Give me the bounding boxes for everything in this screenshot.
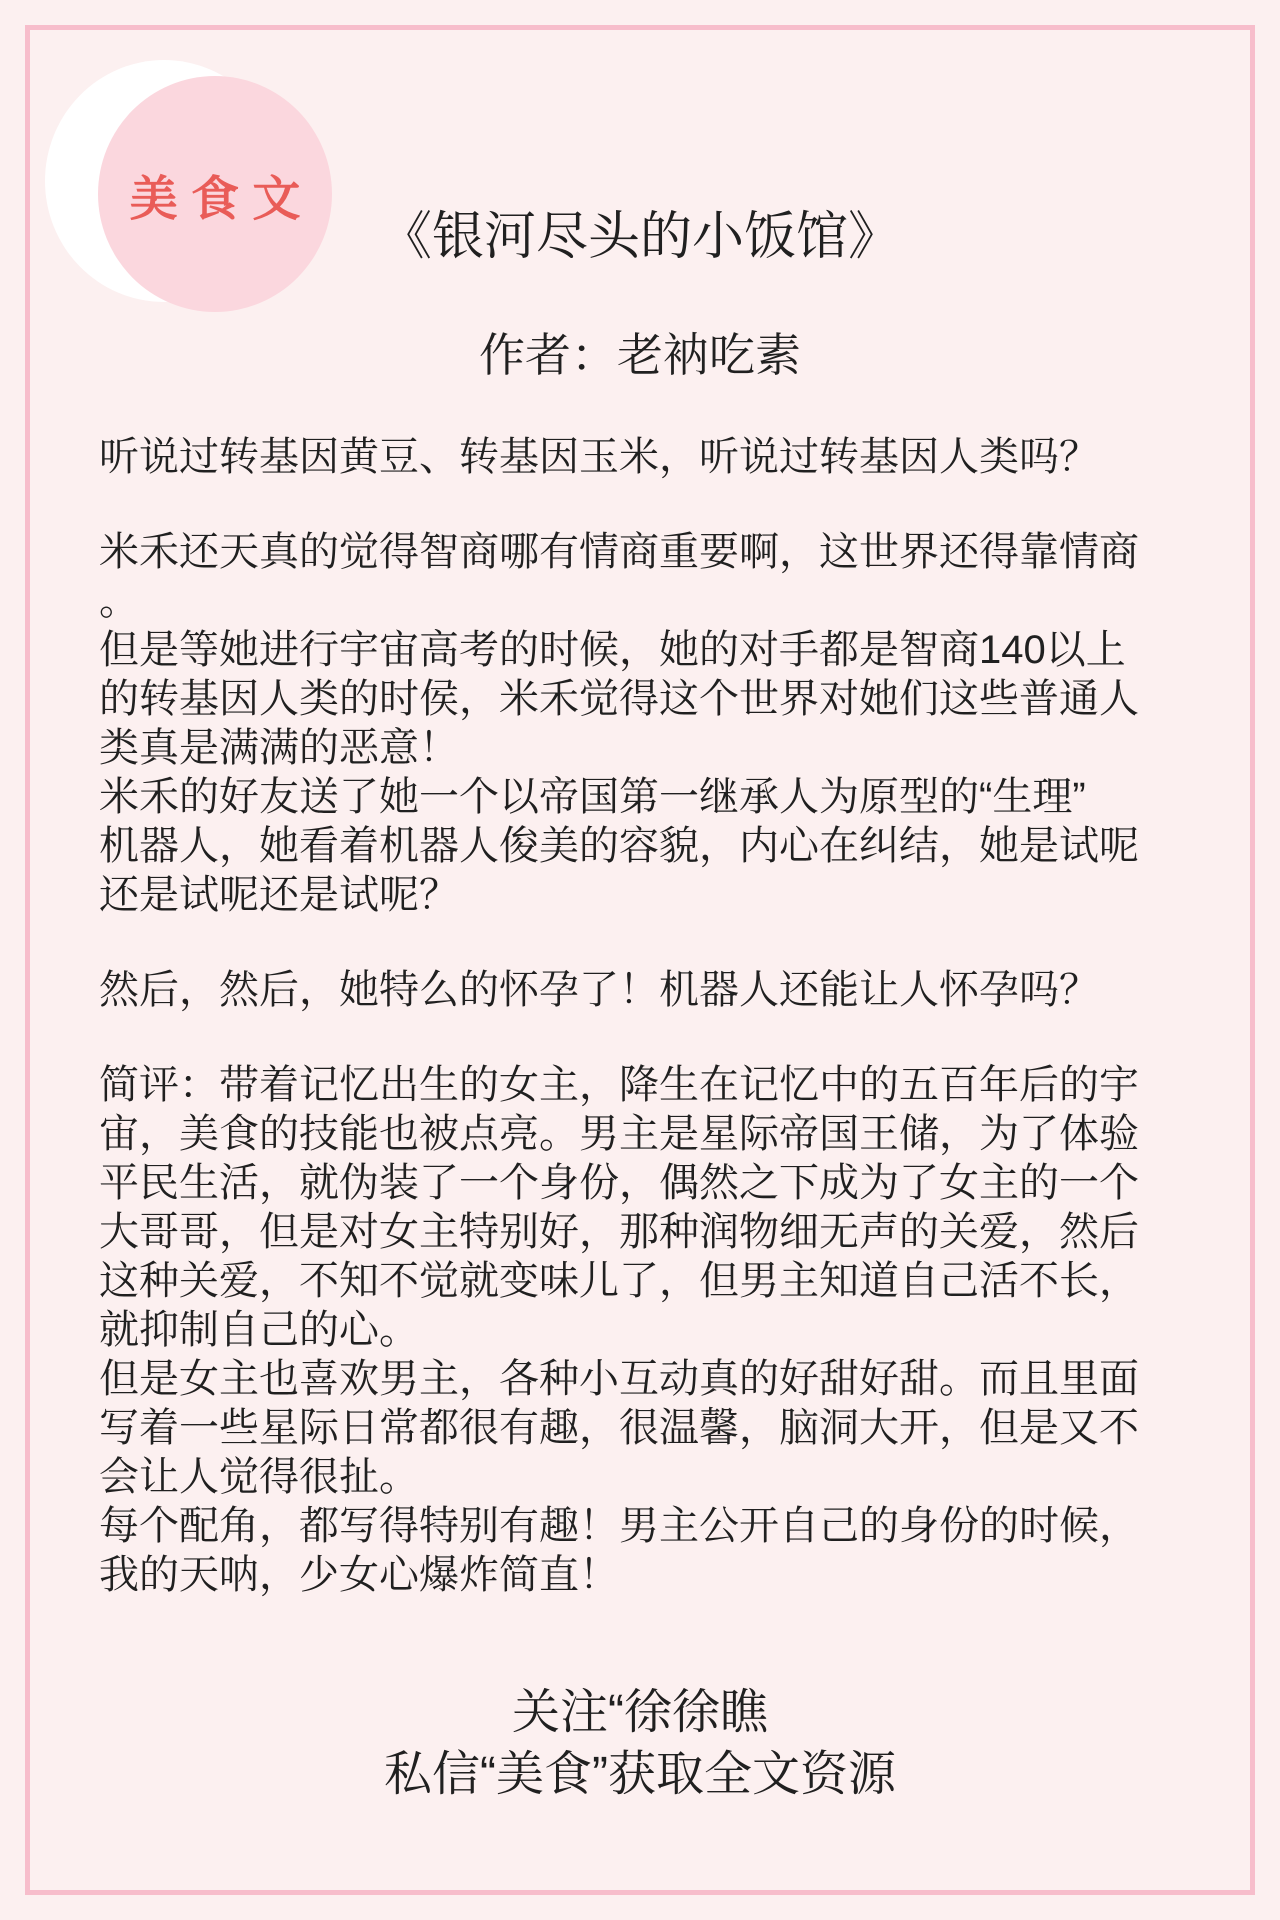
paragraph-line: 简评：带着记忆出生的女主，降生在记忆中的五百年后的宇	[99, 1061, 1240, 1110]
paragraph-line: 平民生活，就伪装了一个身份，偶然之下成为了女主的一个	[99, 1159, 1240, 1208]
badge-label: 美 食 文	[98, 76, 332, 312]
paragraph-line: 但是等她进行宇宙高考的时候，她的对手都是智商140以上	[99, 626, 1240, 675]
paragraph-line: 还是试呢还是试呢？	[99, 871, 1240, 920]
paragraph-line: 会让人觉得很扯。	[99, 1453, 1240, 1502]
recommendation-card: 美 食 文 《银河尽头的小饭馆》 作者：老衲吃素 听说过转基因黄豆、转基因玉米，…	[0, 0, 1280, 1920]
book-title: 《银河尽头的小饭馆》	[0, 207, 1280, 267]
paragraph-line: 类真是满满的恶意！	[99, 724, 1240, 773]
paragraph-line: 我的天呐，少女心爆炸简直！	[99, 1551, 1240, 1600]
paragraph-line: 米禾还天真的觉得智商哪有情商重要啊，这世界还得靠情商	[99, 528, 1240, 577]
paragraph-line: 机器人，她看着机器人俊美的容貌，内心在纠结，她是试呢	[99, 822, 1240, 871]
footer-line: 私信“美食”获取全文资源	[0, 1744, 1280, 1806]
book-author: 作者：老衲吃素	[0, 328, 1280, 382]
paragraph-line: 宙，美食的技能也被点亮。男主是星际帝国王储，为了体验	[99, 1110, 1240, 1159]
footer-line: 关注“徐徐瞧	[0, 1682, 1280, 1744]
paragraph-line: 的转基因人类的时侯，米禾觉得这个世界对她们这些普通人	[99, 675, 1240, 724]
paragraph-line: 听说过转基因黄豆、转基因玉米，听说过转基因人类吗？	[99, 433, 1240, 482]
paragraph: 每个配角，都写得特别有趣！男主公开自己的身份的时候，我的天呐，少女心爆炸简直！	[99, 1502, 1240, 1600]
paragraph-line: 米禾的好友送了她一个以帝国第一继承人为原型的“生理”	[99, 773, 1240, 822]
paragraph-line: 。	[99, 577, 1240, 626]
paragraph-line: 但是女主也喜欢男主，各种小互动真的好甜好甜。而且里面	[99, 1355, 1240, 1404]
paragraph: 然后，然后，她特么的怀孕了！机器人还能让人怀孕吗？	[99, 966, 1240, 1015]
paragraph-line: 这种关爱，不知不觉就变味儿了，但男主知道自己活不长，	[99, 1257, 1240, 1306]
paragraph-line: 写着一些星际日常都很有趣，很温馨，脑洞大开，但是又不	[99, 1404, 1240, 1453]
paragraph: 米禾的好友送了她一个以帝国第一继承人为原型的“生理”机器人，她看着机器人俊美的容…	[99, 773, 1240, 920]
paragraph: 简评：带着记忆出生的女主，降生在记忆中的五百年后的宇宙，美食的技能也被点亮。男主…	[99, 1061, 1240, 1355]
paragraph: 但是女主也喜欢男主，各种小互动真的好甜好甜。而且里面写着一些星际日常都很有趣，很…	[99, 1355, 1240, 1502]
category-badge: 美 食 文	[0, 0, 360, 360]
paragraph: 但是等她进行宇宙高考的时候，她的对手都是智商140以上的转基因人类的时侯，米禾觉…	[99, 626, 1240, 773]
paragraph-line: 然后，然后，她特么的怀孕了！机器人还能让人怀孕吗？	[99, 966, 1240, 1015]
paragraph-line: 每个配角，都写得特别有趣！男主公开自己的身份的时候，	[99, 1502, 1240, 1551]
paragraph-line: 大哥哥，但是对女主特别好，那种润物细无声的关爱，然后	[99, 1208, 1240, 1257]
paragraph: 听说过转基因黄豆、转基因玉米，听说过转基因人类吗？	[99, 433, 1240, 482]
review-text: 听说过转基因黄豆、转基因玉米，听说过转基因人类吗？米禾还天真的觉得智商哪有情商重…	[99, 433, 1240, 1600]
paragraph-line: 就抑制自己的心。	[99, 1306, 1240, 1355]
paragraph: 米禾还天真的觉得智商哪有情商重要啊，这世界还得靠情商。	[99, 528, 1240, 626]
footer-cta: 关注“徐徐瞧私信“美食”获取全文资源	[0, 1682, 1280, 1806]
